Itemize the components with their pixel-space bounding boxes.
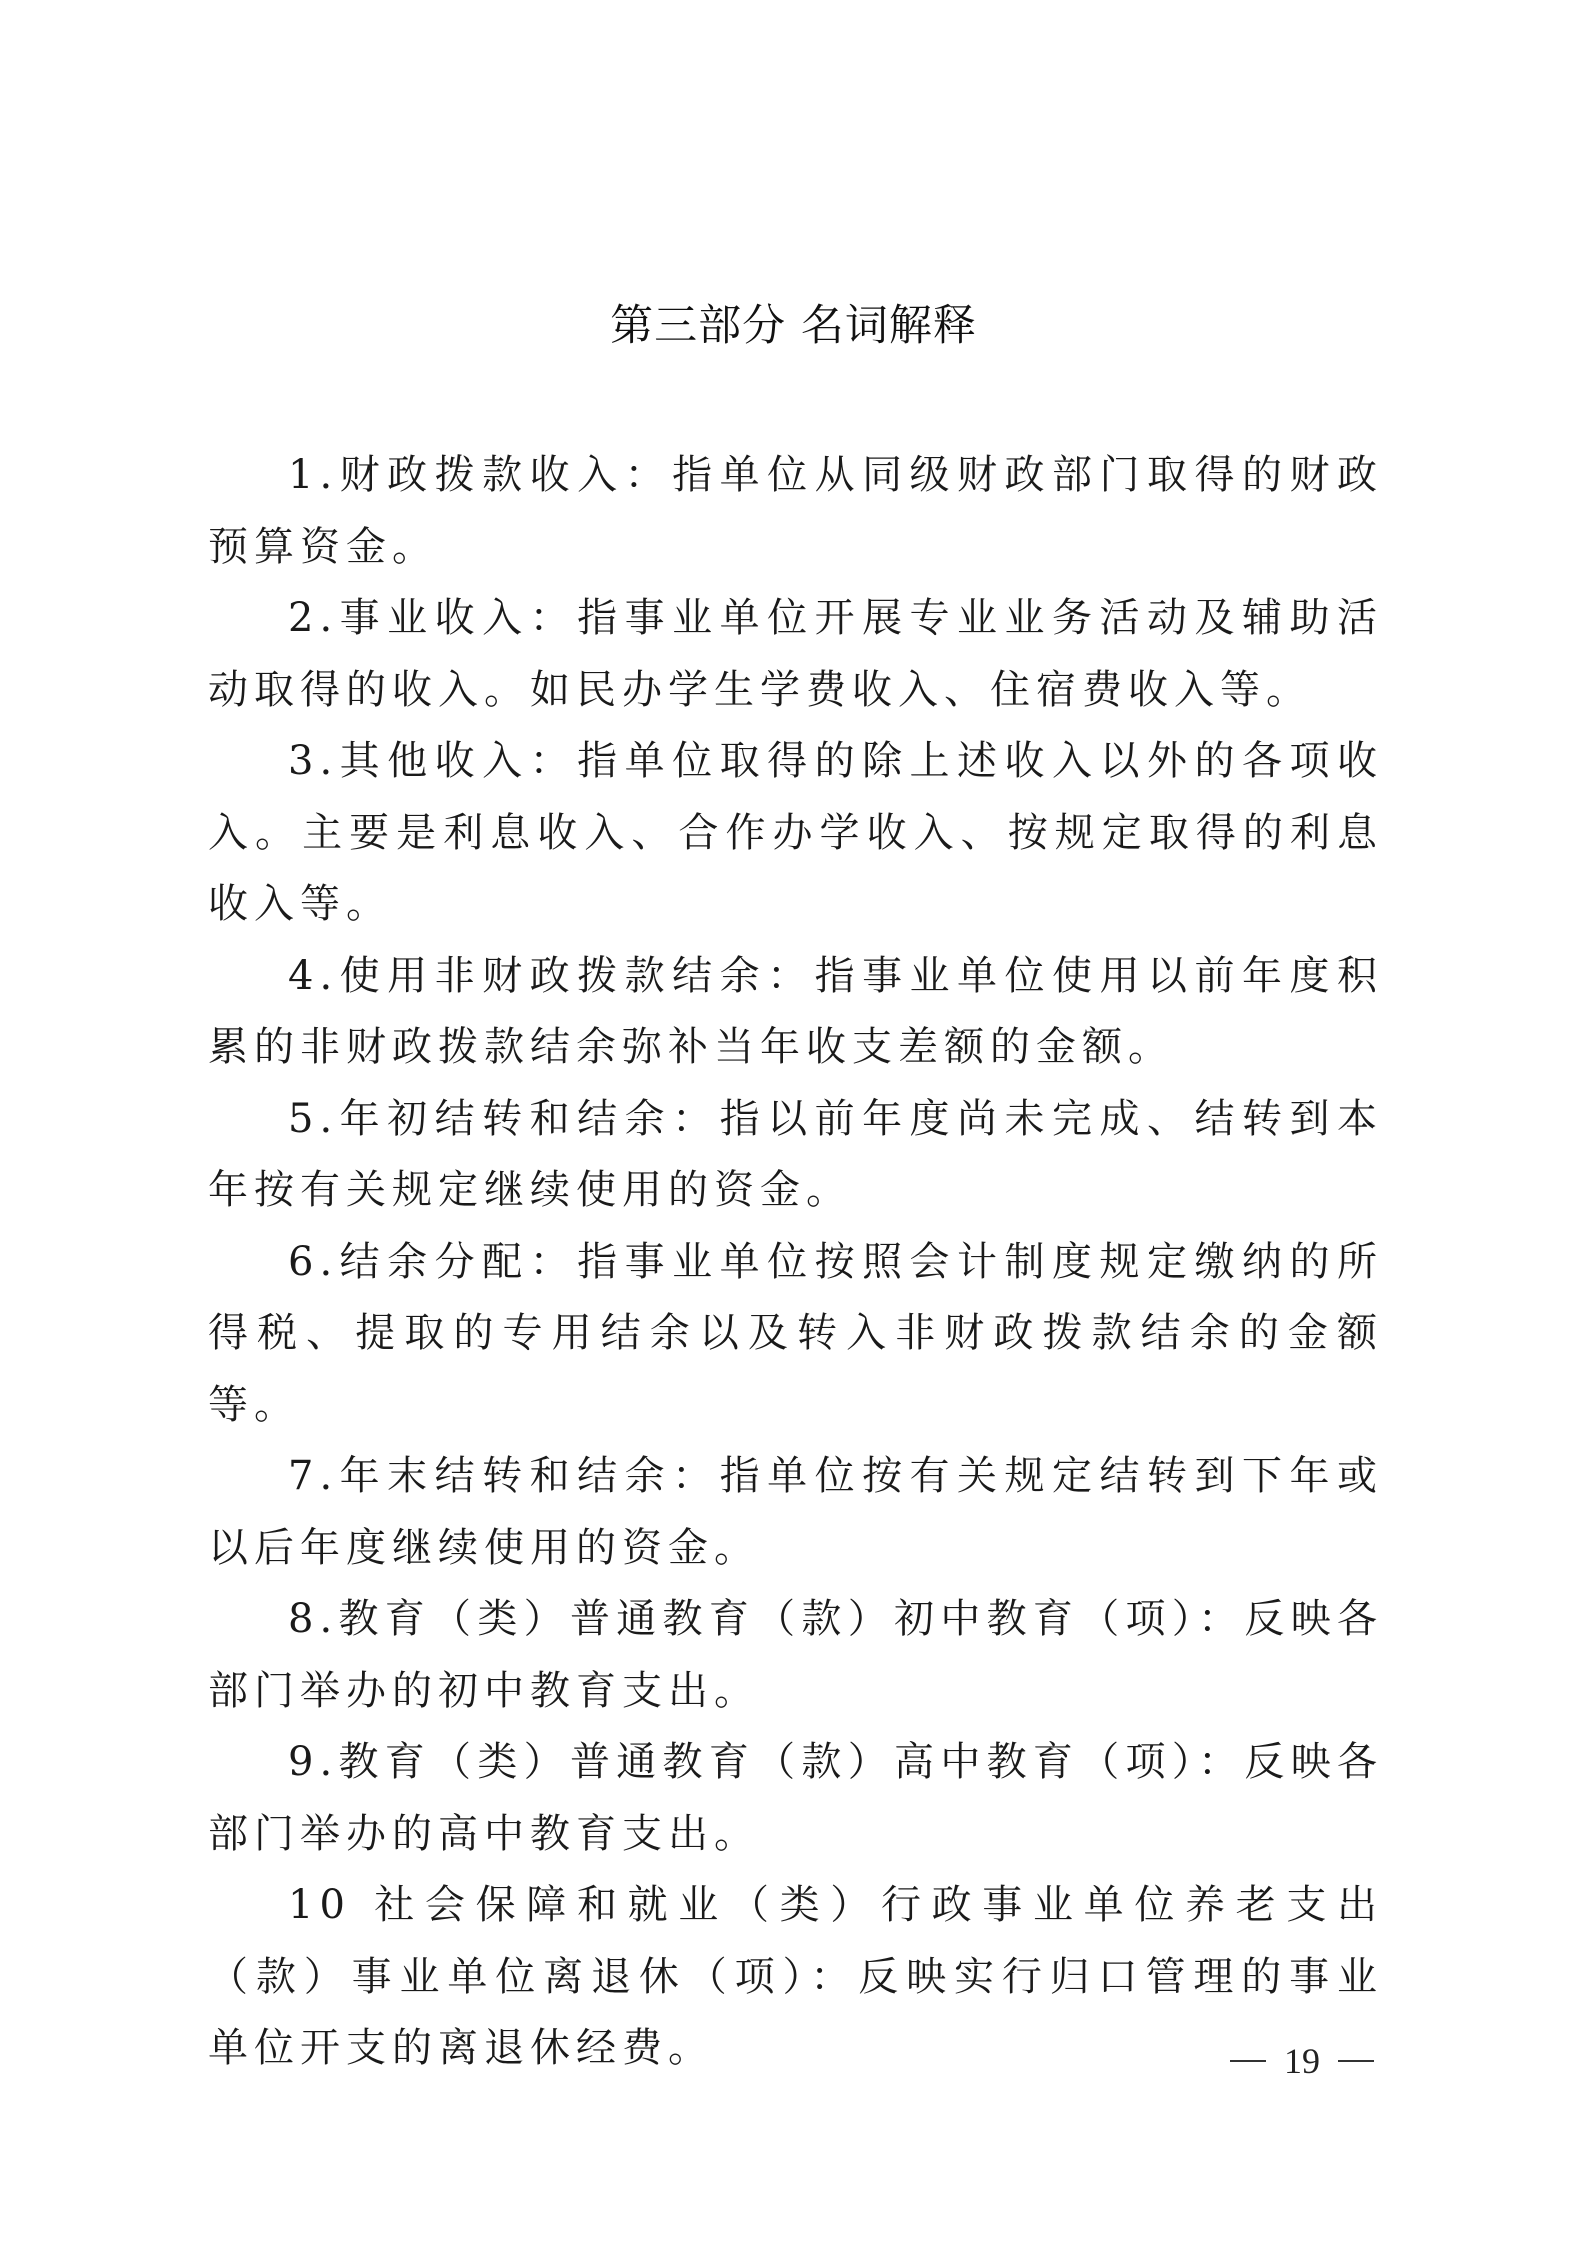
page-number: 19 [1230,2040,1374,2082]
page-number-value: 19 [1284,2040,1320,2082]
definition-paragraph: 7.年末结转和结余：指单位按有关规定结转到下年或以后年度继续使用的资金。 [208,1441,1383,1584]
section-title: 第三部分 名词解释 [0,292,1587,353]
definition-paragraph: 3.其他收入：指单位取得的除上述收入以外的各项收入。主要是利息收入、合作办学收入… [208,726,1383,941]
dash-left [1230,2060,1266,2062]
definition-paragraph: 2.事业收入：指事业单位开展专业业务活动及辅助活动取得的收入。如民办学生学费收入… [208,583,1383,726]
definition-paragraph: 10 社会保障和就业（类）行政事业单位养老支出（款）事业单位离退休（项）：反映实… [208,1870,1383,2085]
definitions-list: 1.财政拨款收入：指单位从同级财政部门取得的财政预算资金。 2.事业收入：指事业… [208,440,1383,2085]
document-page: 第三部分 名词解释 1.财政拨款收入：指单位从同级财政部门取得的财政预算资金。 … [0,0,1587,2245]
definition-paragraph: 8.教育（类）普通教育（款）初中教育（项）：反映各部门举办的初中教育支出。 [208,1584,1383,1727]
definition-paragraph: 6.结余分配：指事业单位按照会计制度规定缴纳的所得税、提取的专用结余以及转入非财… [208,1227,1383,1442]
definition-paragraph: 4.使用非财政拨款结余：指事业单位使用以前年度积累的非财政拨款结余弥补当年收支差… [208,941,1383,1084]
definition-paragraph: 1.财政拨款收入：指单位从同级财政部门取得的财政预算资金。 [208,440,1383,583]
dash-right [1338,2060,1374,2062]
definition-paragraph: 5.年初结转和结余：指以前年度尚未完成、结转到本年按有关规定继续使用的资金。 [208,1084,1383,1227]
definition-paragraph: 9.教育（类）普通教育（款）高中教育（项）：反映各部门举办的高中教育支出。 [208,1727,1383,1870]
